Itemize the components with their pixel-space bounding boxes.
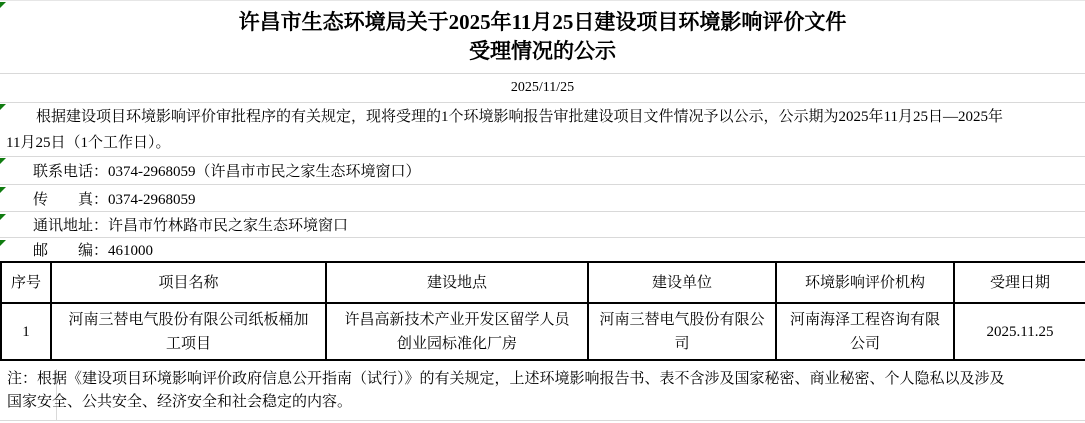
- cell-flag-icon: [0, 240, 6, 246]
- header-accept-date: 受理日期: [954, 262, 1085, 303]
- header-seq: 序号: [1, 262, 51, 303]
- bottom-gridline: [0, 420, 1085, 421]
- acceptance-table: 序号 项目名称 建设地点 建设单位 环境影响评价机构 受理日期 1 河南三替电气…: [0, 261, 1085, 361]
- page-title-line2: 受理情况的公示: [469, 37, 616, 66]
- page-title-line1: 许昌市生态环境局关于2025年11月25日建设项目环境影响评价文件: [239, 8, 847, 37]
- page-title: 许昌市生态环境局关于2025年11月25日建设项目环境影响评价文件 受理情况的公…: [0, 0, 1085, 74]
- cell-flag-icon: [0, 2, 6, 8]
- top-gridline: [0, 0, 1085, 1]
- footnote: 注：根据《建设项目环境影响评价政府信息公开指南（试行）》的有关规定，上述环境影响…: [0, 361, 1085, 414]
- cell-accept-date: 2025.11.25: [954, 303, 1085, 360]
- notice-page: 许昌市生态环境局关于2025年11月25日建设项目环境影响评价文件 受理情况的公…: [0, 0, 1085, 423]
- address-row: 通讯地址：许昌市竹林路市民之家生态环境窗口: [0, 212, 1085, 238]
- footnote-line1: 注：根据《建设项目环境影响评价政府信息公开指南（试行）》的有关规定，上述环境影响…: [7, 368, 1085, 391]
- header-project-name: 项目名称: [51, 262, 326, 303]
- cell-eia-agency: 河南海泽工程咨询有限公司: [776, 303, 954, 360]
- cell-flag-icon: [0, 214, 6, 220]
- cell-flag-icon: [0, 187, 6, 193]
- cell-builder: 河南三替电气股份有限公司: [588, 303, 776, 360]
- header-location: 建设地点: [326, 262, 588, 303]
- intro-line2: 11月25日（1个工作日）。: [6, 130, 1079, 156]
- header-builder: 建设单位: [588, 262, 776, 303]
- cell-seq: 1: [1, 303, 51, 360]
- intro-line1: 根据建设项目环境影响评价审批程序的有关规定，现将受理的1个环境影响报告审批建设项…: [6, 104, 1079, 130]
- publish-date: 2025/11/25: [0, 74, 1085, 103]
- cell-flag-icon: [0, 104, 6, 110]
- table-row: 1 河南三替电气股份有限公司纸板桶加工项目 许昌高新技术产业开发区留学人员创业园…: [1, 303, 1085, 360]
- header-eia-agency: 环境影响评价机构: [776, 262, 954, 303]
- intro-paragraph: 根据建设项目环境影响评价审批程序的有关规定，现将受理的1个环境影响报告审批建设项…: [0, 103, 1085, 157]
- contact-phone-row: 联系电话：0374-2968059（许昌市市民之家生态环境窗口）: [0, 157, 1085, 185]
- fax-row: 传 真：0374-2968059: [0, 185, 1085, 212]
- footnote-line2: 国家安全、公共安全、经济安全和社会稳定的内容。: [7, 391, 1085, 414]
- cell-location: 许昌高新技术产业开发区留学人员创业园标准化厂房: [326, 303, 588, 360]
- postcode-row: 邮 编：461000: [0, 238, 1085, 261]
- table-header-row: 序号 项目名称 建设地点 建设单位 环境影响评价机构 受理日期: [1, 262, 1085, 303]
- cell-project-name: 河南三替电气股份有限公司纸板桶加工项目: [51, 303, 326, 360]
- cell-flag-icon: [0, 158, 6, 164]
